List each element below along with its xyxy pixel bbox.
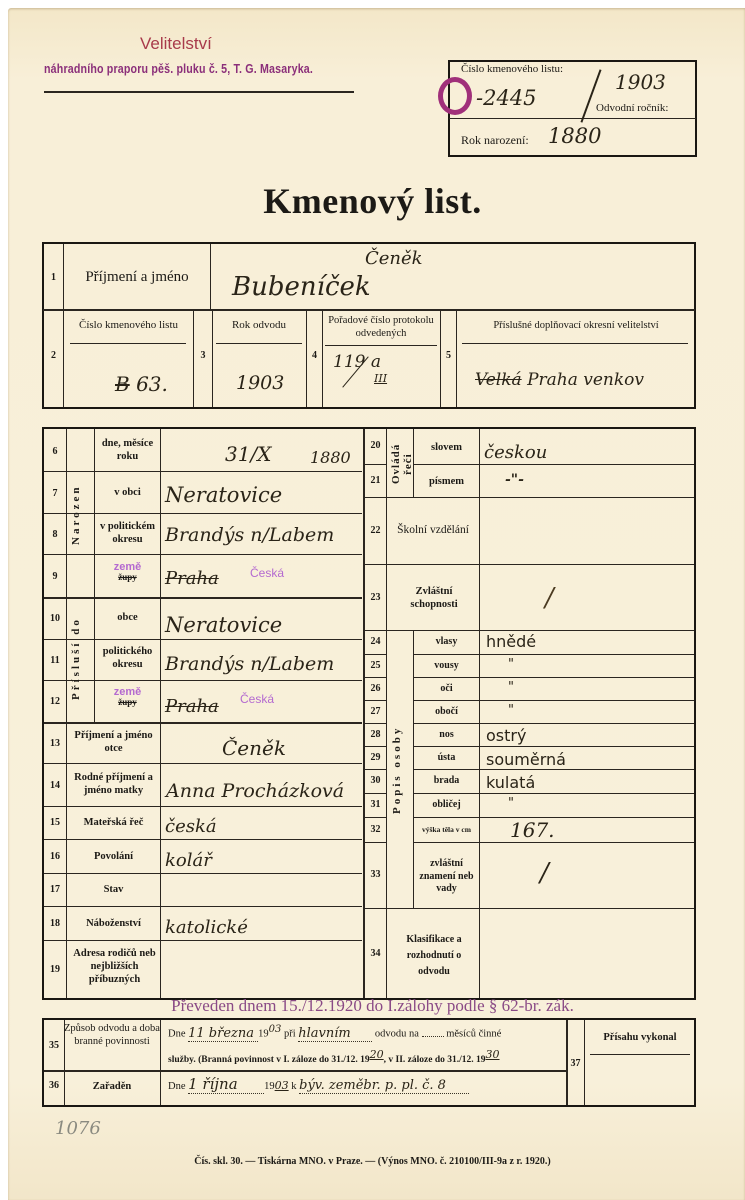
- dne-label: Dne: [168, 1081, 186, 1092]
- margin-note: 1076: [55, 1118, 101, 1139]
- label-birth-district: v politickém okresu: [95, 520, 160, 546]
- label-birth-land: zeměžupy: [95, 561, 160, 583]
- value-home-land-stamp: Česká: [240, 692, 274, 706]
- row-number: 2: [44, 350, 63, 361]
- row-number: 35: [44, 1040, 64, 1051]
- row-line: [413, 723, 694, 724]
- transfer-stamp: Převeden dnem 15./12.1920 do I.zálohy po…: [0, 996, 745, 1016]
- row-number: 12: [44, 696, 66, 707]
- recruitment-year: 03: [269, 1024, 282, 1035]
- page-title: Kmenový list.: [0, 180, 745, 222]
- label-beard: vousy: [414, 660, 479, 673]
- row-number: 19: [44, 964, 66, 975]
- assigned-line: Dne 1 října1903 k býv. zeměbr. p. pl. č.…: [168, 1075, 469, 1094]
- list-number-header: Číslo kmenového listu: [64, 319, 193, 333]
- group-label-narozen: Narozen: [70, 470, 82, 560]
- row-line: [413, 700, 694, 701]
- value-special-marks: /: [540, 858, 549, 888]
- row-number: 9: [44, 571, 66, 582]
- recruitment-line-2: služby. (Branná povinnost v I. záloze do…: [168, 1048, 500, 1065]
- odvodu-na-label: odvodu na: [375, 1029, 419, 1040]
- recruitment-line-1: Dne 11 března1903 při hlavním odvodu na …: [168, 1024, 501, 1042]
- stamp-title: Velitelství: [140, 34, 212, 54]
- label-home-land: zeměžupy: [95, 686, 160, 708]
- label-mother: Rodné příjmení a jméno matky: [67, 771, 160, 797]
- row-number: 32: [365, 824, 386, 835]
- command-header: Příslušné doplňovací okresní velitelství: [456, 319, 696, 332]
- row-number: 13: [44, 738, 66, 749]
- reserve2-year: 30: [486, 1048, 500, 1061]
- subheader-line: [325, 345, 437, 346]
- group-label-ovlada: Ovládá řeči: [390, 433, 414, 495]
- header-underline: [44, 91, 354, 93]
- subheader-line: [70, 343, 186, 344]
- row-line: [44, 554, 362, 555]
- value-birth-day-month: 31/X: [225, 442, 271, 466]
- label-occupation: Povolání: [67, 850, 160, 863]
- row-number: 20: [365, 440, 386, 451]
- command-cell: Velká Praha venkov: [475, 370, 644, 390]
- year-prefix: 19: [264, 1081, 275, 1092]
- label-classification: Klasifikace a rozhodnutí o odvodu: [392, 932, 476, 980]
- group-label-prislusi: Přísluší do: [70, 605, 82, 713]
- assigned-date: 1 října: [188, 1075, 264, 1094]
- list-number-cell: B 63.: [115, 372, 168, 396]
- label-education: Školní vzdělání: [387, 523, 479, 537]
- assigned-unit: býv. zeměbr. p. pl. č. 8: [299, 1078, 469, 1094]
- row-line: [44, 806, 362, 807]
- row-number: 3: [194, 350, 212, 361]
- surname-value: Bubeníček: [232, 272, 371, 302]
- value-birth-land-struck: Praha: [165, 568, 219, 589]
- year-header: Rok odvodu: [212, 319, 306, 333]
- row-number: 8: [44, 529, 66, 540]
- value-writes: -"-: [505, 472, 524, 488]
- row-number: 7: [44, 488, 66, 499]
- row-line: [365, 564, 694, 565]
- row-line: [44, 873, 362, 874]
- label-hair: vlasy: [414, 636, 479, 649]
- row-line: [44, 839, 362, 840]
- service-months: [422, 1036, 444, 1037]
- row-line: [365, 908, 694, 909]
- row-number: 10: [44, 613, 66, 624]
- year-cell: 1903: [236, 372, 284, 394]
- label-nose: nos: [414, 729, 479, 742]
- value-birth-district: Brandýs n/Labem: [165, 524, 334, 546]
- value-nose: ostrý: [486, 726, 526, 745]
- year-prefix: 19: [258, 1029, 269, 1040]
- column-line: [210, 244, 211, 309]
- row-line: [365, 677, 386, 678]
- row-number: 30: [365, 775, 386, 786]
- label-struck: župy: [95, 697, 160, 708]
- label-parents-address: Adresa rodičů neb nejbližších příbuzných: [72, 947, 157, 986]
- row-line: [44, 906, 362, 907]
- assigned-year: 03: [275, 1079, 289, 1092]
- row-line: [365, 700, 386, 701]
- row-number: 36: [44, 1080, 64, 1091]
- label-face: obličej: [414, 799, 479, 812]
- birth-year-label: Rok narození:: [461, 133, 529, 148]
- row-number: 21: [365, 475, 386, 486]
- row-line: [44, 1070, 566, 1072]
- value-chin: kulatá: [486, 773, 535, 792]
- struck-value: B: [115, 372, 130, 396]
- row-number: 26: [365, 683, 386, 694]
- value-father: Čeněk: [222, 736, 286, 760]
- surname-label: Příjmení a jméno: [64, 268, 210, 287]
- list-year-value: 1903: [615, 70, 666, 94]
- group-label-popis: Popis osoby: [391, 720, 403, 820]
- row-number: 25: [365, 660, 386, 671]
- row-number: 28: [365, 729, 386, 740]
- pri-label: při: [284, 1029, 296, 1040]
- label-mother-tongue: Mateřská řeč: [67, 816, 160, 829]
- row-number: 14: [44, 780, 66, 791]
- label-home-town: obce: [95, 611, 160, 624]
- row-line: [365, 464, 386, 465]
- recruitment-kind: hlavním: [298, 1026, 372, 1042]
- recruitment-date: 11 března: [188, 1026, 258, 1042]
- row-number: 6: [44, 446, 66, 457]
- label-religion: Náboženství: [67, 917, 160, 930]
- row-line: [365, 497, 694, 498]
- row-number: 37: [567, 1058, 584, 1069]
- row-line: [365, 654, 386, 655]
- row-line: [365, 817, 386, 818]
- subheader-line: [462, 343, 688, 344]
- row-line: [44, 763, 362, 764]
- value-mouth: souměrná: [486, 750, 566, 769]
- value-face: ": [508, 796, 514, 811]
- row-line: [413, 746, 694, 747]
- row-line: [365, 793, 386, 794]
- row-line: [413, 677, 694, 678]
- row-number: 33: [365, 869, 386, 880]
- row-number: 4: [307, 350, 322, 361]
- label-assigned: Zařaděn: [64, 1080, 160, 1093]
- label-special-marks: zvláštní znamení neb vady: [414, 858, 479, 896]
- label-marital-status: Stav: [67, 883, 160, 896]
- dne-label: Dne: [168, 1029, 186, 1040]
- label-writes: písmem: [414, 475, 479, 488]
- label-oath: Přísahu vykonal: [585, 1031, 695, 1044]
- label-home-district: politického okresu: [95, 645, 160, 671]
- first-name-value: Čeněk: [365, 248, 423, 269]
- row-number: 17: [44, 884, 66, 895]
- row-number: 1: [44, 272, 63, 283]
- value-birth-town: Neratovice: [165, 483, 282, 507]
- row-line: [413, 793, 694, 794]
- row-line: [413, 842, 694, 843]
- label-column-line: [160, 429, 161, 998]
- row-line: [365, 630, 694, 631]
- row-number: 27: [365, 706, 386, 717]
- label-eyes: oči: [414, 683, 479, 696]
- value-mother: Anna Procházková: [166, 780, 344, 802]
- label-birth-date: dne, měsíce roku: [95, 437, 160, 463]
- row-line: [44, 940, 362, 941]
- struck-value: Velká: [475, 370, 522, 390]
- label-struck: župy: [95, 572, 160, 583]
- value-eyes: ": [508, 680, 514, 695]
- row-number: 18: [44, 918, 66, 929]
- row-line: [413, 464, 694, 465]
- label-column-line: [160, 1020, 161, 1105]
- row-line: [413, 654, 694, 655]
- row-line: [44, 639, 362, 640]
- row-line: [44, 722, 362, 724]
- corner-divider: [449, 118, 696, 119]
- value-home-district: Brandýs n/Labem: [165, 653, 334, 675]
- value-mother-tongue: česká: [165, 816, 217, 837]
- row-line: [44, 680, 362, 681]
- row-line: [44, 513, 362, 514]
- row-line: [590, 1054, 690, 1055]
- value-home-town: Neratovice: [165, 613, 282, 637]
- mesicu-label: měsíců činné: [446, 1029, 501, 1040]
- row-number: 5: [441, 350, 456, 361]
- label-birth-town: v obci: [95, 486, 160, 499]
- row-number: 22: [365, 525, 386, 536]
- row-number: 11: [44, 655, 66, 666]
- row-number: 16: [44, 851, 66, 862]
- value-birth-year: 1880: [310, 448, 351, 467]
- row-line: [44, 597, 362, 599]
- stamp-unit: náhradního praporu pěš. pluku č. 5, T. G…: [44, 61, 313, 76]
- row-line: [365, 769, 386, 770]
- list-number-value: -2445: [476, 86, 537, 110]
- value-religion: katolické: [165, 917, 248, 938]
- birth-year-value: 1880: [548, 124, 601, 148]
- row-number: 34: [365, 948, 386, 959]
- label-special-skills: Zvláštní schopnosti: [395, 585, 473, 611]
- row-number: 31: [365, 799, 386, 810]
- footer-imprint: Čís. skl. 30. — Tiskárna MNO. v Praze. —…: [0, 1156, 745, 1167]
- num-column-line: [66, 429, 67, 998]
- label-father: Příjmení a jméno otce: [67, 729, 160, 755]
- value-eyebrows: ": [508, 703, 514, 718]
- value-special-skills: /: [545, 583, 554, 613]
- num-column-line: [386, 429, 387, 998]
- label-chin: brada: [414, 775, 479, 788]
- label-eyebrows: obočí: [414, 706, 479, 719]
- row-number: 24: [365, 636, 386, 647]
- odvodni-rocnik-label: Odvodní ročník:: [596, 102, 668, 116]
- k-label: k: [291, 1081, 296, 1092]
- row-number: 23: [365, 592, 386, 603]
- row-line: [44, 471, 362, 472]
- row-line: [365, 842, 386, 843]
- value-height: 167.: [510, 818, 555, 842]
- row-line: [413, 769, 694, 770]
- label-column-line: [479, 429, 480, 998]
- value-speaks: českou: [484, 442, 547, 463]
- row-divider: [43, 309, 695, 311]
- label-speaks: slovem: [414, 441, 479, 454]
- row-number: 15: [44, 817, 66, 828]
- list-number-cell-value: 63.: [136, 372, 168, 396]
- subheader-line: [216, 343, 302, 344]
- row-number: 29: [365, 752, 386, 763]
- reserve1-text: služby. (Branná povinnost v I. záloze do…: [168, 1055, 370, 1065]
- label-height: výška těla v cm: [414, 825, 479, 834]
- command-cell-value: Praha venkov: [527, 370, 644, 390]
- list-number-prefix: O: [438, 77, 472, 115]
- value-home-land-struck: Praha: [165, 696, 219, 717]
- label-mouth: ústa: [414, 752, 479, 765]
- value-hair: hnědé: [486, 632, 536, 651]
- reserve2-text: , v II. záloze do 31./12. 19: [384, 1055, 486, 1065]
- value-beard: ": [508, 657, 514, 672]
- value-birth-land-stamp: Česká: [250, 566, 284, 580]
- value-occupation: kolář: [165, 850, 212, 871]
- reserve1-year: 20: [370, 1048, 384, 1061]
- list-number-label: Číslo kmenového listu:: [461, 63, 563, 77]
- row-line: [365, 746, 386, 747]
- label-recruitment: Způsob odvodu a doba branné povinnosti: [64, 1022, 160, 1048]
- row-line: [365, 723, 386, 724]
- protocol-header: Pořadové číslo protokolu odvedených: [322, 314, 440, 340]
- protocol-cell-sub: III: [374, 372, 387, 385]
